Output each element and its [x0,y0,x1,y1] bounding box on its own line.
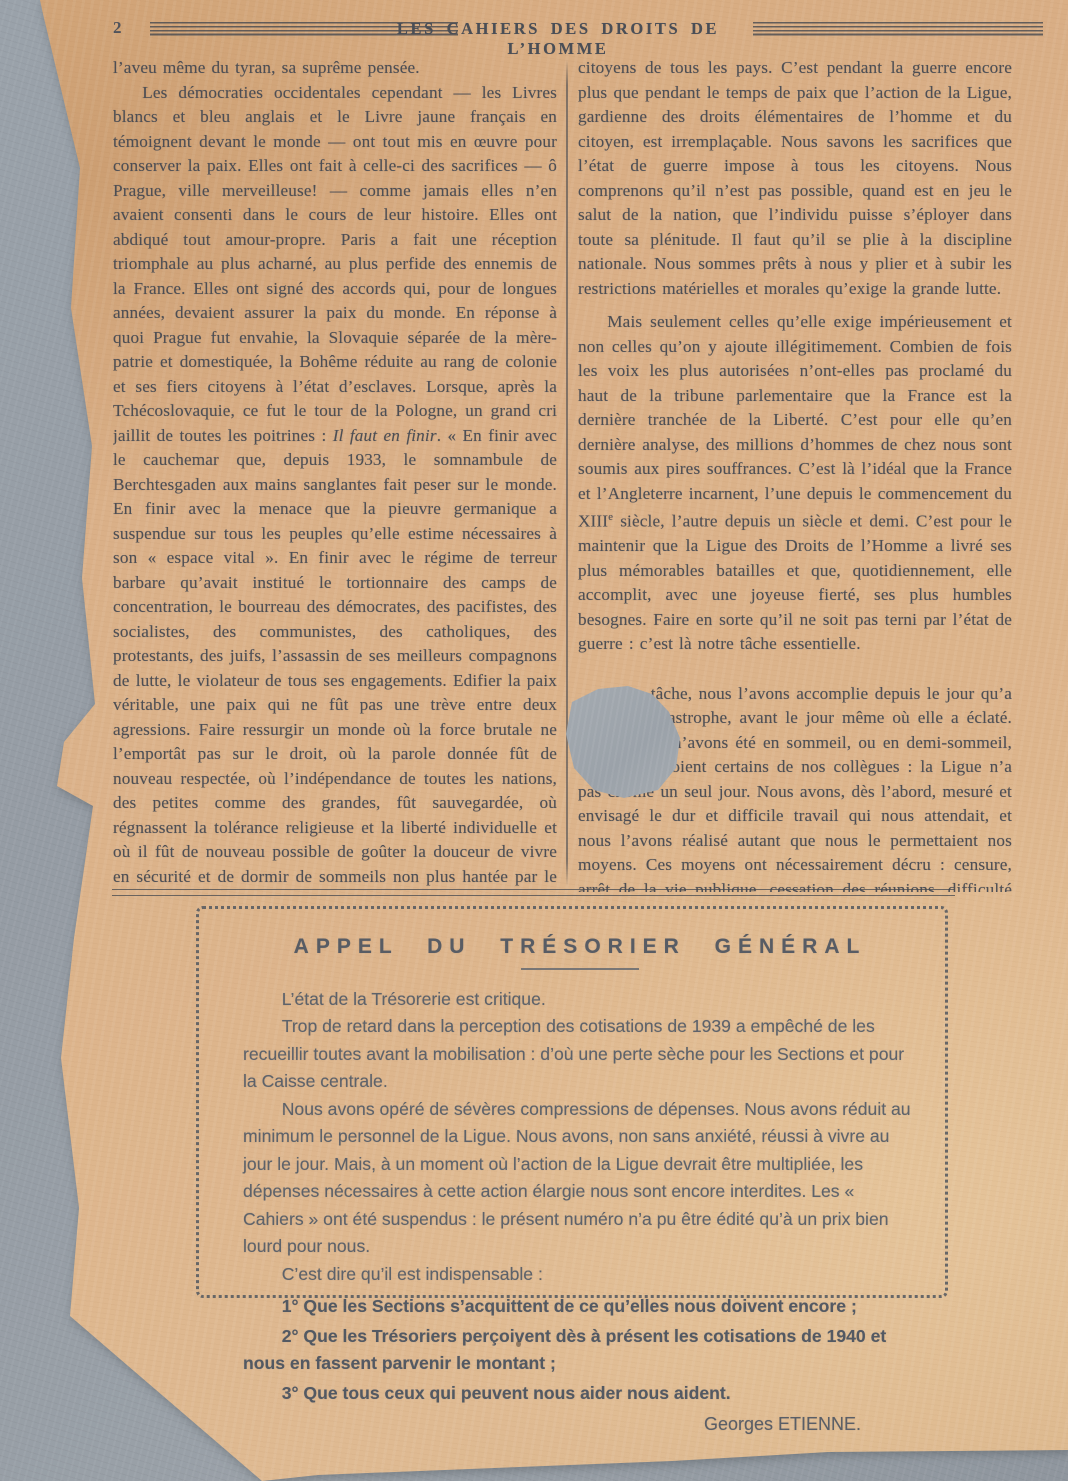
left-paragraph-continuation: l’aveu même du tyran, sa suprême pensée. [113,56,557,81]
appeal-paragraph-arrears: Trop de retard dans la perception des co… [243,1013,917,1096]
scanned-page: { "masthead": { "page_number": "2", "tit… [0,0,1068,1481]
appeal-paragraph-critical: L’état de la Trésorerie est critique. [243,986,917,1014]
appeal-box: APPEL DU TRÉSORIER GÉNÉRAL L’état de la … [196,906,948,1298]
appeal-item-2: 2° Que les Trésoriers perçoivent dès à p… [243,1323,917,1378]
appeal-item-3: 3° Que tous ceux qui peuvent nous aider … [243,1380,917,1408]
paper-speck [516,1341,521,1347]
appeal-signature: Georges ETIENNE. [243,1411,861,1439]
left-paragraph-democracies: Les démocraties occidentales cependant —… [113,81,557,893]
appeal-title-underline [521,968,639,970]
masthead-rule-right [753,22,1043,36]
right-paragraph-continuation: citoyens de tous les pays. C’est pendant… [578,56,1012,301]
appeal-title: APPEL DU TRÉSORIER GÉNÉRAL [243,933,917,961]
appeal-item-1: 1° Que les Sections s’acquittent de ce q… [243,1293,917,1321]
appeal-items: 1° Que les Sections s’acquittent de ce q… [243,1293,917,1407]
masthead-title: LES CAHIERS DES DROITS DE L’HOMME [360,19,756,59]
section-rule [112,889,955,896]
right-paragraph-restrictions: Mais seulement celles qu’elle exige impé… [578,310,1012,657]
italic-phrase: Il faut en finir [333,426,437,445]
appeal-body: L’état de la Trésorerie est critique. Tr… [243,986,917,1289]
page-number: 2 [113,18,123,38]
left-column: l’aveu même du tyran, sa suprême pensée.… [113,56,557,892]
column-divider [566,60,568,886]
appeal-paragraph-indispensable: C’est dire qu’il est indispensable : [243,1261,917,1289]
appeal-paragraph-cuts: Nous avons opéré de sévères compressions… [243,1096,917,1261]
